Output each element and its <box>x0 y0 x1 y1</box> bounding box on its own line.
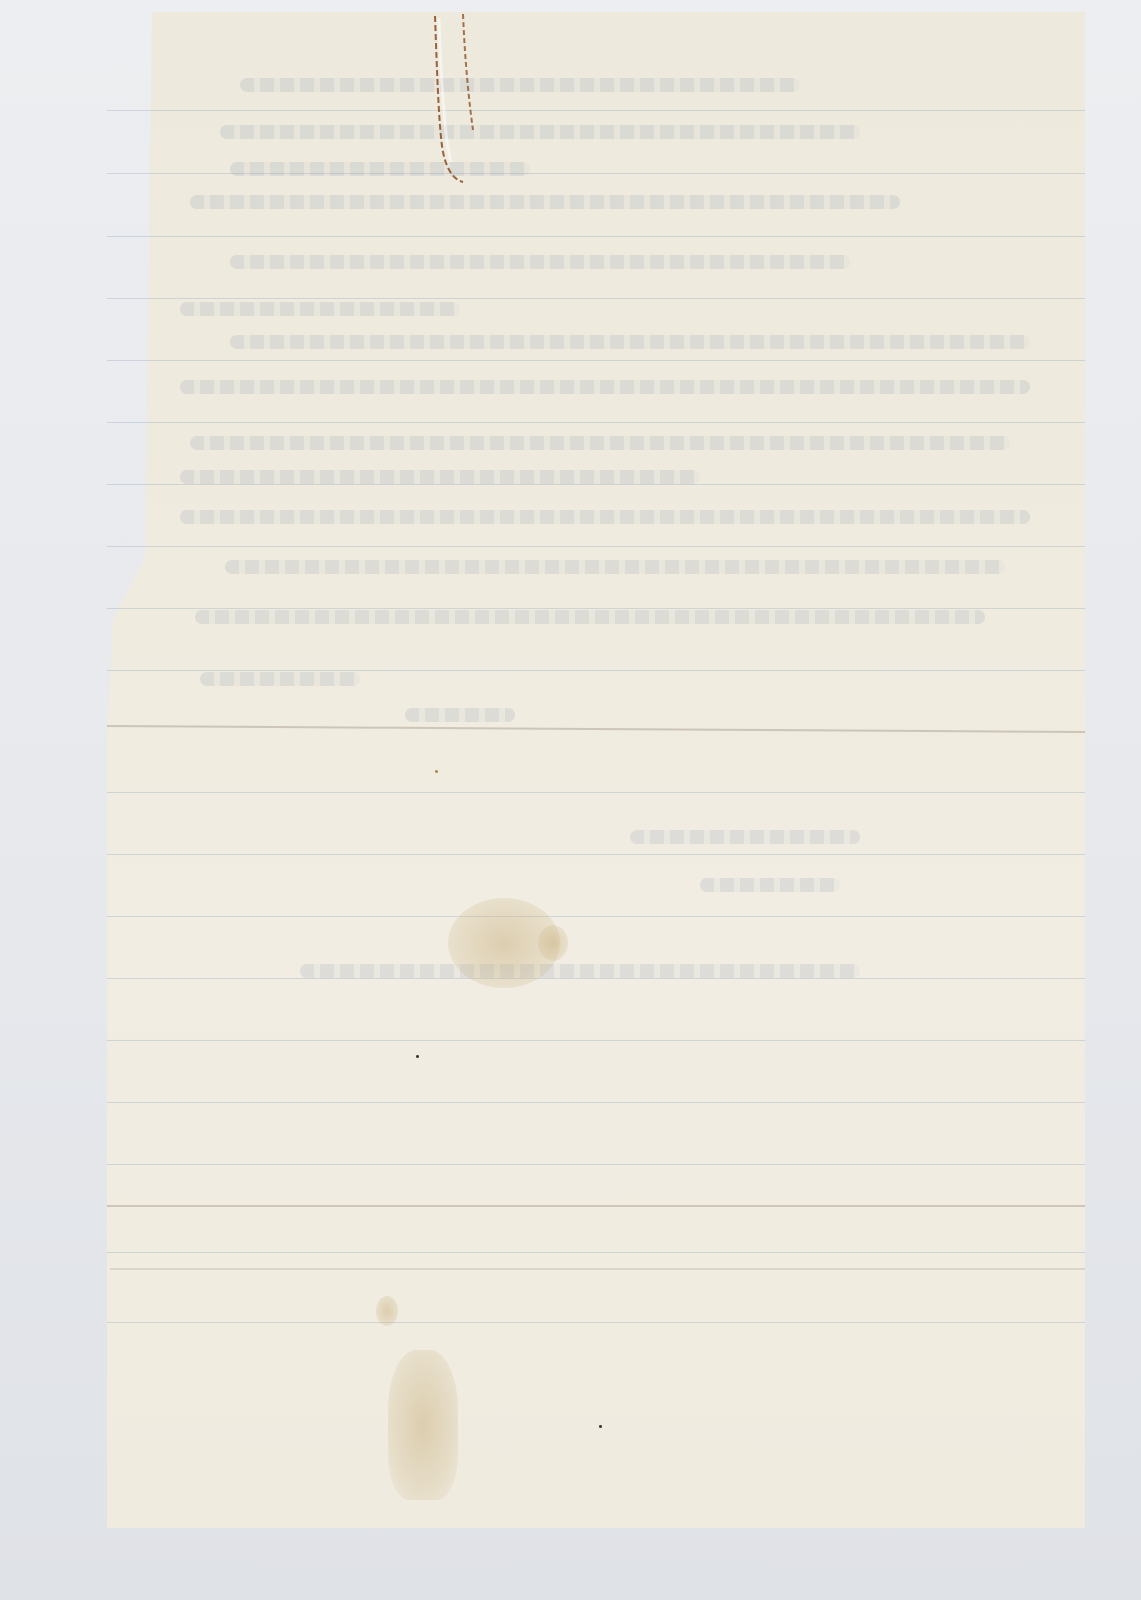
ruled-lines <box>107 12 1085 1528</box>
stain-lower-drop <box>376 1296 398 1326</box>
stain-middle-small <box>538 925 568 961</box>
fold-line-lower <box>107 1205 1085 1207</box>
stain-lower-drip <box>388 1350 458 1500</box>
ink-speck <box>416 1055 419 1058</box>
ink-speck <box>599 1425 602 1428</box>
ink-speck <box>435 770 438 773</box>
paperclip-rust-mark <box>425 12 477 184</box>
fold-line-bottom <box>110 1268 1085 1270</box>
